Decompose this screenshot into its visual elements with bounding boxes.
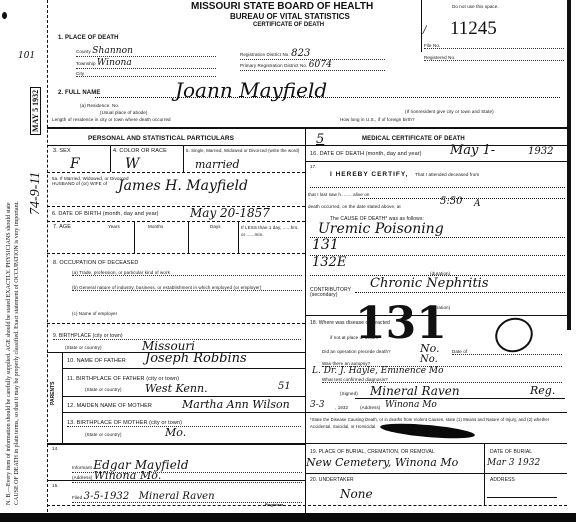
certify-title: I HEREBY CERTIFY, [330,171,408,178]
length-residence-label: Length of residence in city or town wher… [52,117,171,122]
top-center-divider [421,0,422,52]
last-saw-label: that I last saw h........ alive on [308,192,369,197]
time-suffix: A [474,199,481,209]
signed-date: 3-3 [310,400,325,410]
residence-label: (a) Residence. No. [80,103,119,108]
column-divider [238,221,239,253]
color-value: W [125,156,139,172]
row-divider [47,443,305,445]
father-mark: 51 [278,381,291,392]
if-not-label: if not at place of death? [330,335,379,340]
cause-code-1: 131 [312,237,339,253]
column-divider [188,221,189,253]
page-title: MISSOURI STATE BOARD OF HEALTH [191,1,373,12]
left-border [47,0,48,512]
cause-code-2: 132E [312,255,346,270]
signed-address: Winona Mo [385,400,437,410]
months-label: Months [148,224,163,229]
certificate-title: CERTIFICATE OF DEATH [253,22,324,28]
personal-section-title: PERSONAL AND STATISTICAL PARTICULARS [88,135,234,142]
row-divider [62,412,305,413]
signed-label: (Signed) [340,391,358,396]
do-not-use-note: Do not use this space. [452,4,499,9]
autopsy-value: No. [420,354,438,365]
date-of-death-label: 16. DATE OF DEATH (month, day and year) [310,151,422,157]
mother-birthplace-state-value: Mo. [165,426,186,439]
signed-suffix: Reg. [530,384,555,397]
contributory-value: Chronic Nephritis [370,276,489,291]
filed-num: 15. [52,483,59,488]
row-divider [47,480,305,481]
received-stamp: MAY 5 1932 [30,87,41,135]
handwritten-side-code: 74-9-11 [28,172,44,215]
side-instructions-line2: CAUSE OF DEATH in plain terms, so that i… [14,25,20,505]
parents-divider [62,352,63,444]
section-divider [47,127,567,129]
row-divider [305,473,567,474]
row-divider [47,505,567,506]
dob-label: 6. DATE OF BIRTH (month, day and year) [52,211,159,217]
operation-label: Did an operation precede death? [322,349,391,354]
years-label: Years [108,224,120,229]
signed-line [355,398,565,399]
right-edge [567,0,571,330]
color-label: 4. COLOR OR RACE [113,148,167,154]
father-birthplace-state-value: West Kenn. [145,382,208,395]
occupation-b: (b) General nature of industry, business… [72,285,302,291]
row-divider [47,253,305,254]
contributory-label: CONTRIBUTORY (secondary) [310,288,355,298]
margin-number: 101 [18,50,35,61]
death-occurred-label: death occurred, on the date stated above… [308,204,401,209]
contributory-line [355,292,565,293]
burial-place-value: New Cemetery, Winona Mo [306,456,458,469]
file-no: File No. [424,43,564,49]
marital-value: married [195,158,240,171]
father-birthplace-state-label: (State or country) [85,387,122,392]
usual-place-label: (Usual place of abode) [100,110,147,115]
dob-value: May 20-1857 [190,206,270,220]
occupation-label: 8. OCCUPATION OF DECEASED [53,260,138,266]
time-of-death: 5:50 [440,196,462,207]
check-mark: / [423,25,426,36]
certificate-number: 11245 [450,18,497,40]
burial-date-label: DATE OF BURIAL [490,449,532,455]
days-label: Days [210,224,221,229]
sex-value: F [70,156,80,172]
certify-text: That I attended deceased from [415,172,479,177]
row-divider [47,221,305,222]
burial-place-label: 19. PLACE OF BURIAL, CREMATION, OR REMOV… [310,449,435,455]
township-field: Township Winona [76,58,216,69]
side-instructions-line1: N. B.—Every item of information should b… [6,25,12,505]
full-name-value: Joann Mayfield [175,78,327,102]
row-divider [47,323,305,324]
cause-value: Uremic Poisoning [318,221,444,237]
cause-line [310,237,565,238]
undertaker-value: None [340,487,373,501]
nonresident-note: (If nonresident give city or town and St… [405,109,494,114]
foreign-birth-label: How long in U.S., if of foreign birth? [340,117,415,122]
burial-address-label: ADDRESS [490,477,515,483]
diagnosis-label: What test confirmed diagnosis? [322,377,562,383]
row-divider [305,161,567,162]
attended-line [310,187,565,188]
row-divider [305,443,567,444]
occupation-c: (c) Name of employer [72,311,117,316]
address-line [305,412,567,413]
registered-no: Registered No. [424,55,564,61]
date-of-death-year: 1932 [528,146,553,157]
occupation-a: (a) Trade, profession, or particular kin… [72,270,302,276]
place-of-death-label: 1. PLACE OF DEATH [58,35,119,41]
mother-label: 12. MAIDEN NAME OF MOTHER [67,403,152,409]
date-of-label: Date of [452,349,562,355]
column-divider [484,443,485,505]
spouse-value: James H. Mayfield [118,178,248,194]
cause-line [310,255,565,256]
sex-label: 3. SEX [53,148,71,154]
birthplace-state-label: (State or country) [65,345,102,350]
row-divider [62,368,305,369]
scan-edge [0,513,576,522]
full-name-label: 2. FULL NAME [58,90,100,96]
father-label: 10. NAME OF FATHER [67,358,126,364]
county-field: County Shannon [76,46,216,57]
signed-value: Mineral Raven [370,384,460,398]
marital-label: 5. Single, Married, Widowed or Divorced … [186,148,304,153]
column-divider [110,145,111,172]
address-line [487,497,557,498]
row-divider [62,396,305,397]
mother-birthplace-state-label: (State or country) [85,432,122,437]
mother-value: Martha Ann Wilson [182,398,290,411]
signed-year: , 1932 [335,405,348,410]
date-of-death-value: May 1- [450,143,495,158]
undertaker-label: 20. UNDERTAKER [310,477,354,483]
primary-reg-field: Primary Registration District No. 6074 [240,60,385,71]
burial-date-value: Mar 3 1932 [487,458,540,468]
column-divider [134,221,135,253]
age-label: 7. AGE [53,224,71,230]
father-value: Joseph Robbins [145,351,247,366]
city-field: City [76,71,216,77]
full-name-line [95,97,560,98]
medical-section-title: MEDICAL CERTIFICATE OF DEATH [362,136,465,142]
signed-address-label: (Address) [360,405,380,410]
physician-line: L. Dr. J. Hayle, Eminence Mo [312,366,444,376]
punch-hole [2,12,7,19]
certify-num: 17. [310,164,317,169]
bureau-title: BUREAU OF VITAL STATISTICS [230,12,350,21]
reg-district-field: Registration District No. 823 [240,48,385,60]
informant-num: 14. [52,446,59,451]
less-than-day-label: If LESS than 1 day, ......hrs. or ......… [241,224,301,238]
parents-label: PARENTS [50,381,56,405]
column-divider [183,145,184,172]
row-divider [47,172,305,173]
row-divider [47,145,305,146]
last-saw-line [360,198,565,199]
